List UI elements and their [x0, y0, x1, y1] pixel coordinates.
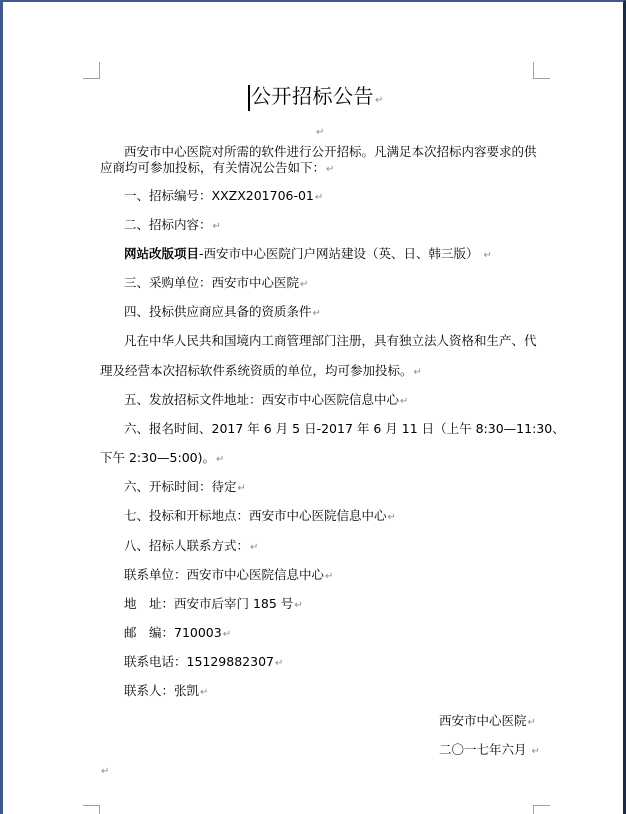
project-description: -西安市中心医院门户网站建设（英、日、韩三版）	[199, 246, 479, 261]
paragraph-mark-icon: ↵	[484, 250, 492, 261]
item1-text: 一、招标编号：XXZX201706-01	[124, 188, 314, 203]
item6a-text-1: 六、报名时间、2017 年 6 月 5 日-2017 年 6 月 11 日（上午…	[124, 421, 565, 436]
item-registration-time-2[interactable]: 下午 2:30—5:00)。↵	[100, 450, 224, 468]
intro-text-1: 西安市中心医院对所需的软件进行公开招标。凡满足本次招标内容要求的供	[124, 144, 537, 159]
intro-line-2[interactable]: 应商均可参加投标，有关情况公告如下：↵	[100, 160, 334, 178]
empty-paragraph-end[interactable]: ↵	[100, 762, 109, 780]
paragraph-mark-icon: ↵	[528, 717, 536, 728]
item5-text: 五、发放招标文件地址：西安市中心医院信息中心	[124, 392, 399, 407]
paragraph-mark-icon: ↵	[316, 127, 324, 138]
item-location[interactable]: 七、投标和开标地点：西安市中心医院信息中心↵	[124, 508, 396, 526]
item2-text: 二、招标内容：	[124, 217, 212, 232]
qual-text-1: 凡在中华人民共和国境内工商管理部门注册，具有独立法人资格和生产、代	[124, 333, 537, 348]
project-line[interactable]: 网站改版项目-西安市中心医院门户网站建设（英、日、韩三版） ↵	[124, 246, 492, 264]
contact-address[interactable]: 地 址：西安市后宰门 185 号↵	[124, 596, 303, 614]
signature-date[interactable]: 二〇一七年六月 ↵	[439, 742, 540, 760]
paragraph-mark-icon: ↵	[325, 571, 333, 582]
item-purchaser[interactable]: 三、采购单位：西安市中心医院↵	[124, 275, 308, 293]
item3-text: 三、采购单位：西安市中心医院	[124, 275, 299, 290]
contact-phone[interactable]: 联系电话：15129882307↵	[124, 654, 283, 672]
paragraph-mark-icon: ↵	[532, 746, 540, 757]
paragraph-mark-icon: ↵	[315, 192, 323, 203]
margin-corner-top-left	[83, 62, 100, 79]
item6b-text: 六、开标时间：待定	[124, 479, 237, 494]
signature-organization[interactable]: 西安市中心医院↵	[439, 713, 536, 731]
paragraph-mark-icon: ↵	[326, 164, 334, 175]
contact-address-text: 地 址：西安市后宰门 185 号	[124, 596, 293, 611]
qualification-line-2[interactable]: 理及经营本次招标软件系统资质的单位，均可参加投标。↵	[100, 363, 422, 381]
paragraph-mark-icon: ↵	[313, 308, 321, 319]
text-cursor	[248, 85, 250, 111]
contact-unit[interactable]: 联系单位：西安市中心医院信息中心↵	[124, 567, 333, 585]
project-title-bold: 网站改版项目	[124, 246, 199, 261]
item-document-address[interactable]: 五、发放招标文件地址：西安市中心医院信息中心↵	[124, 392, 408, 410]
document-title[interactable]: 公开招标公告↵	[248, 82, 384, 110]
qualification-line-1[interactable]: 凡在中华人民共和国境内工商管理部门注册，具有独立法人资格和生产、代	[124, 333, 537, 349]
item-qualifications[interactable]: 四、投标供应商应具备的资质条件↵	[124, 304, 321, 322]
item-bid-number[interactable]: 一、招标编号：XXZX201706-01↵	[124, 188, 323, 206]
paragraph-mark-icon: ↵	[388, 512, 396, 523]
item-bid-content[interactable]: 二、招标内容：↵	[124, 217, 221, 235]
intro-line-1[interactable]: 西安市中心医院对所需的软件进行公开招标。凡满足本次招标内容要求的供	[124, 144, 537, 160]
contact-phone-text: 联系电话：15129882307	[124, 654, 274, 669]
contact-unit-text: 联系单位：西安市中心医院信息中心	[124, 567, 324, 582]
item4-text: 四、投标供应商应具备的资质条件	[124, 304, 312, 319]
intro-text-2: 应商均可参加投标，有关情况公告如下：	[100, 160, 325, 175]
paragraph-mark-icon: ↵	[414, 367, 422, 378]
paragraph-mark-icon: ↵	[216, 454, 224, 465]
paragraph-mark-icon: ↵	[294, 600, 302, 611]
paragraph-mark-icon: ↵	[400, 396, 408, 407]
margin-corner-bottom-right	[533, 805, 550, 814]
paragraph-mark-icon: ↵	[200, 687, 208, 698]
signature-date-text: 二〇一七年六月	[439, 742, 527, 757]
paragraph-mark-icon: ↵	[101, 766, 109, 777]
paragraph-mark-icon: ↵	[275, 658, 283, 669]
contact-postcode[interactable]: 邮 编：710003↵	[124, 625, 231, 643]
document-page: 公开招标公告↵ ↵ 西安市中心医院对所需的软件进行公开招标。凡满足本次招标内容要…	[0, 0, 626, 814]
margin-corner-top-right	[533, 62, 550, 79]
signature-org-text: 西安市中心医院	[439, 713, 527, 728]
empty-paragraph[interactable]: ↵	[315, 123, 324, 141]
contact-postcode-text: 邮 编：710003	[124, 625, 222, 640]
paragraph-mark-icon: ↵	[250, 542, 258, 553]
item8-text: 八、招标人联系方式：	[124, 538, 249, 553]
item-opening-time[interactable]: 六、开标时间：待定↵	[124, 479, 246, 497]
paragraph-mark-icon: ↵	[223, 629, 231, 640]
item-registration-time-1[interactable]: 六、报名时间、2017 年 6 月 5 日-2017 年 6 月 11 日（上午…	[124, 421, 565, 437]
title-text: 公开招标公告	[251, 84, 374, 108]
item7-text: 七、投标和开标地点：西安市中心医院信息中心	[124, 508, 387, 523]
paragraph-mark-icon: ↵	[300, 279, 308, 290]
item6a-text-2: 下午 2:30—5:00)。	[100, 450, 215, 465]
margin-corner-bottom-left	[83, 805, 100, 814]
contact-person-text: 联系人：张凯	[124, 683, 199, 698]
paragraph-mark-icon: ↵	[213, 221, 221, 232]
paragraph-mark-icon: ↵	[375, 95, 384, 106]
qual-text-2: 理及经营本次招标软件系统资质的单位，均可参加投标。	[100, 363, 413, 378]
paragraph-mark-icon: ↵	[238, 483, 246, 494]
contact-person[interactable]: 联系人：张凯↵	[124, 683, 208, 701]
item-contact[interactable]: 八、招标人联系方式：↵	[124, 538, 258, 556]
